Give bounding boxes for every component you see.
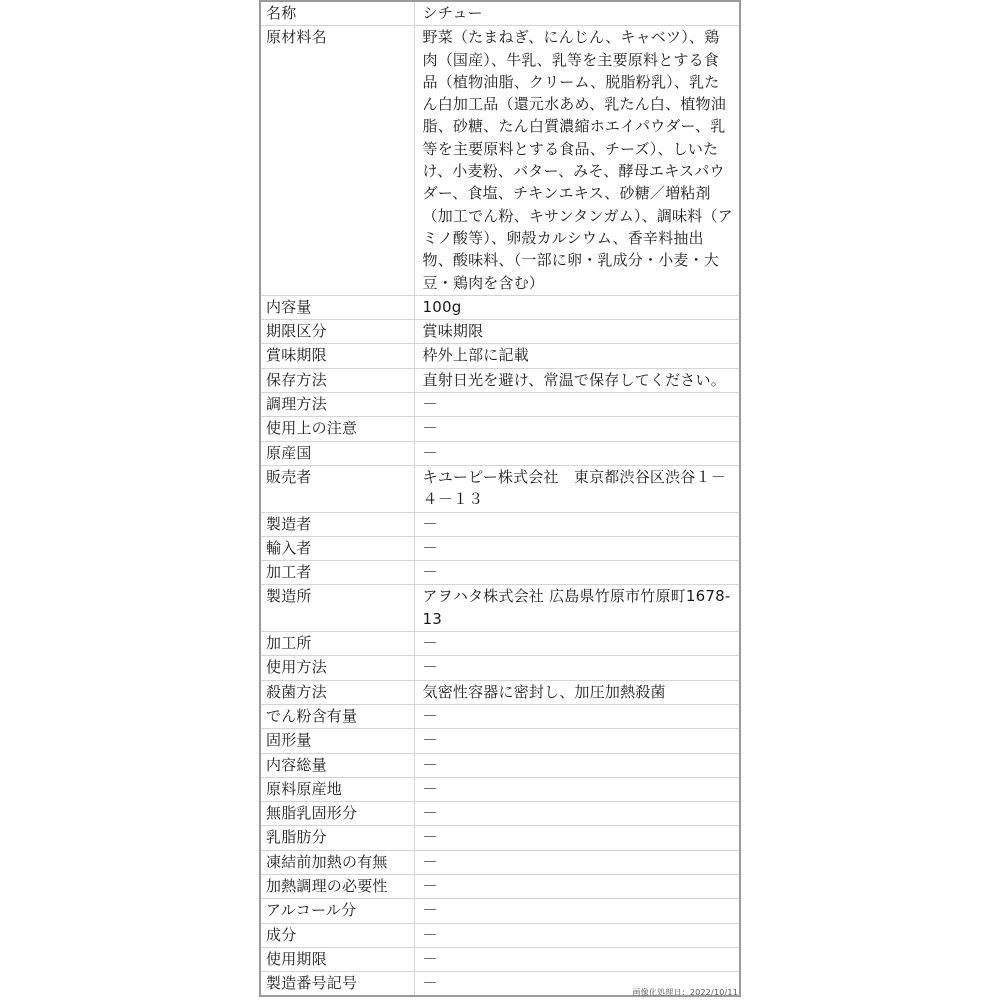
row-value-alcohol: －	[414, 899, 740, 923]
table-row: 原産国 －	[260, 441, 740, 465]
table-row: 乳脂肪分 －	[260, 826, 740, 850]
table-row: 内容量 100g	[260, 295, 740, 319]
table-row: 保存方法 直射日光を避け、常温で保存してください。	[260, 368, 740, 392]
table-row: 加熱調理の必要性 －	[260, 874, 740, 898]
row-label-manufacturer: 製造者	[260, 512, 414, 536]
table-row: 凍結前加熱の有無 －	[260, 850, 740, 874]
row-value-factory: アヲハタ株式会社 広島県竹原市竹原町1678-13	[414, 585, 740, 632]
row-value-best-before: 枠外上部に記載	[414, 344, 740, 368]
row-label-solid-content: 固形量	[260, 729, 414, 753]
row-label-milk-fat: 乳脂肪分	[260, 826, 414, 850]
row-value-starch-content: －	[414, 704, 740, 728]
table-row: 輸入者 －	[260, 536, 740, 560]
row-value-importer: －	[414, 536, 740, 560]
row-label-sterilization: 殺菌方法	[260, 680, 414, 704]
product-spec-table: 名称 シチュー 原材料名 野菜（たまねぎ、にんじん、キャベツ）、鶏肉（国産）、牛…	[259, 0, 741, 997]
row-label-ingredient-origin: 原料原産地	[260, 777, 414, 801]
row-label-precautions: 使用上の注意	[260, 417, 414, 441]
table-row: 調理方法 －	[260, 393, 740, 417]
row-value-precautions: －	[414, 417, 740, 441]
row-label-components: 成分	[260, 923, 414, 947]
row-value-manufacturer: －	[414, 512, 740, 536]
table-row: 製造者 －	[260, 512, 740, 536]
row-label-heated-before-freezing: 凍結前加熱の有無	[260, 850, 414, 874]
row-label-lot-code: 製造番号記号	[260, 972, 414, 997]
row-label-expiry-type: 期限区分	[260, 320, 414, 344]
row-label-country-of-origin: 原産国	[260, 441, 414, 465]
row-value-total-content: －	[414, 753, 740, 777]
row-label-cooking-method: 調理方法	[260, 393, 414, 417]
row-label-heating-required: 加熱調理の必要性	[260, 874, 414, 898]
row-value-name: シチュー	[414, 1, 740, 26]
row-value-country-of-origin: －	[414, 441, 740, 465]
row-label-starch-content: でん粉含有量	[260, 704, 414, 728]
table-row: 殺菌方法 気密性容器に密封し、加圧加熱殺菌	[260, 680, 740, 704]
table-row: 原材料名 野菜（たまねぎ、にんじん、キャベツ）、鶏肉（国産）、牛乳、乳等を主要原…	[260, 26, 740, 296]
row-value-seller: キユーピー株式会社 東京都渋谷区渋谷１－４－１３	[414, 465, 740, 512]
table-row: 無脂乳固形分 －	[260, 802, 740, 826]
row-value-heated-before-freezing: －	[414, 850, 740, 874]
table-row: 成分 －	[260, 923, 740, 947]
row-value-milk-fat: －	[414, 826, 740, 850]
row-value-ingredients: 野菜（たまねぎ、にんじん、キャベツ）、鶏肉（国産）、牛乳、乳等を主要原料とする食…	[414, 26, 740, 296]
row-label-seller: 販売者	[260, 465, 414, 512]
row-label-factory: 製造所	[260, 585, 414, 632]
table-row: でん粉含有量 －	[260, 704, 740, 728]
row-value-usage: －	[414, 656, 740, 680]
table-row: 使用方法 －	[260, 656, 740, 680]
table-row: 期限区分 賞味期限	[260, 320, 740, 344]
row-value-net-content: 100g	[414, 295, 740, 319]
row-value-heating-required: －	[414, 874, 740, 898]
row-value-sterilization: 気密性容器に密封し、加圧加熱殺菌	[414, 680, 740, 704]
table-row: 内容総量 －	[260, 753, 740, 777]
row-value-processor: －	[414, 561, 740, 585]
table-row: 販売者 キユーピー株式会社 東京都渋谷区渋谷１－４－１３	[260, 465, 740, 512]
row-value-components: －	[414, 923, 740, 947]
table-row: 名称 シチュー	[260, 1, 740, 26]
row-label-ingredients: 原材料名	[260, 26, 414, 296]
row-label-name: 名称	[260, 1, 414, 26]
row-label-total-content: 内容総量	[260, 753, 414, 777]
row-label-net-content: 内容量	[260, 295, 414, 319]
product-spec-sheet: 名称 シチュー 原材料名 野菜（たまねぎ、にんじん、キャベツ）、鶏肉（国産）、牛…	[259, 0, 739, 997]
table-row: 加工者 －	[260, 561, 740, 585]
table-row: 固形量 －	[260, 729, 740, 753]
row-value-expiry-type: 賞味期限	[414, 320, 740, 344]
row-label-use-by: 使用期限	[260, 947, 414, 971]
row-label-storage: 保存方法	[260, 368, 414, 392]
row-label-processing-site: 加工所	[260, 632, 414, 656]
row-value-storage: 直射日光を避け、常温で保存してください。	[414, 368, 740, 392]
table-row: 使用上の注意 －	[260, 417, 740, 441]
table-row: 製造所 アヲハタ株式会社 広島県竹原市竹原町1678-13	[260, 585, 740, 632]
row-value-ingredient-origin: －	[414, 777, 740, 801]
row-value-solid-content: －	[414, 729, 740, 753]
table-row: 原料原産地 －	[260, 777, 740, 801]
table-row: 加工所 －	[260, 632, 740, 656]
row-value-cooking-method: －	[414, 393, 740, 417]
row-label-milk-solids-nonfat: 無脂乳固形分	[260, 802, 414, 826]
image-processing-date: 画像化処理日：2022/10/11	[632, 987, 738, 998]
row-value-processing-site: －	[414, 632, 740, 656]
row-value-milk-solids-nonfat: －	[414, 802, 740, 826]
row-label-alcohol: アルコール分	[260, 899, 414, 923]
table-row: 賞味期限 枠外上部に記載	[260, 344, 740, 368]
row-label-best-before: 賞味期限	[260, 344, 414, 368]
table-row: アルコール分 －	[260, 899, 740, 923]
row-label-importer: 輸入者	[260, 536, 414, 560]
row-label-processor: 加工者	[260, 561, 414, 585]
table-row: 使用期限 －	[260, 947, 740, 971]
row-label-usage: 使用方法	[260, 656, 414, 680]
row-value-use-by: －	[414, 947, 740, 971]
